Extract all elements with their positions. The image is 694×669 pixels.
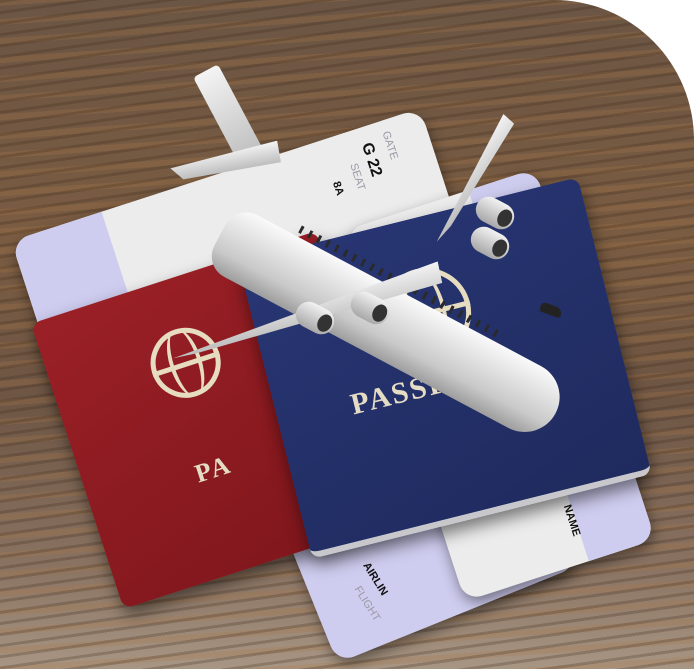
toy-airplane bbox=[0, 0, 694, 669]
horizontal-stabilizer bbox=[169, 141, 281, 182]
travel-photo: FLIGHT AIRLIN CO NAME GATE G 22 SEAT 8A … bbox=[0, 0, 694, 669]
cockpit-window bbox=[539, 302, 563, 319]
fuselage bbox=[204, 204, 572, 444]
